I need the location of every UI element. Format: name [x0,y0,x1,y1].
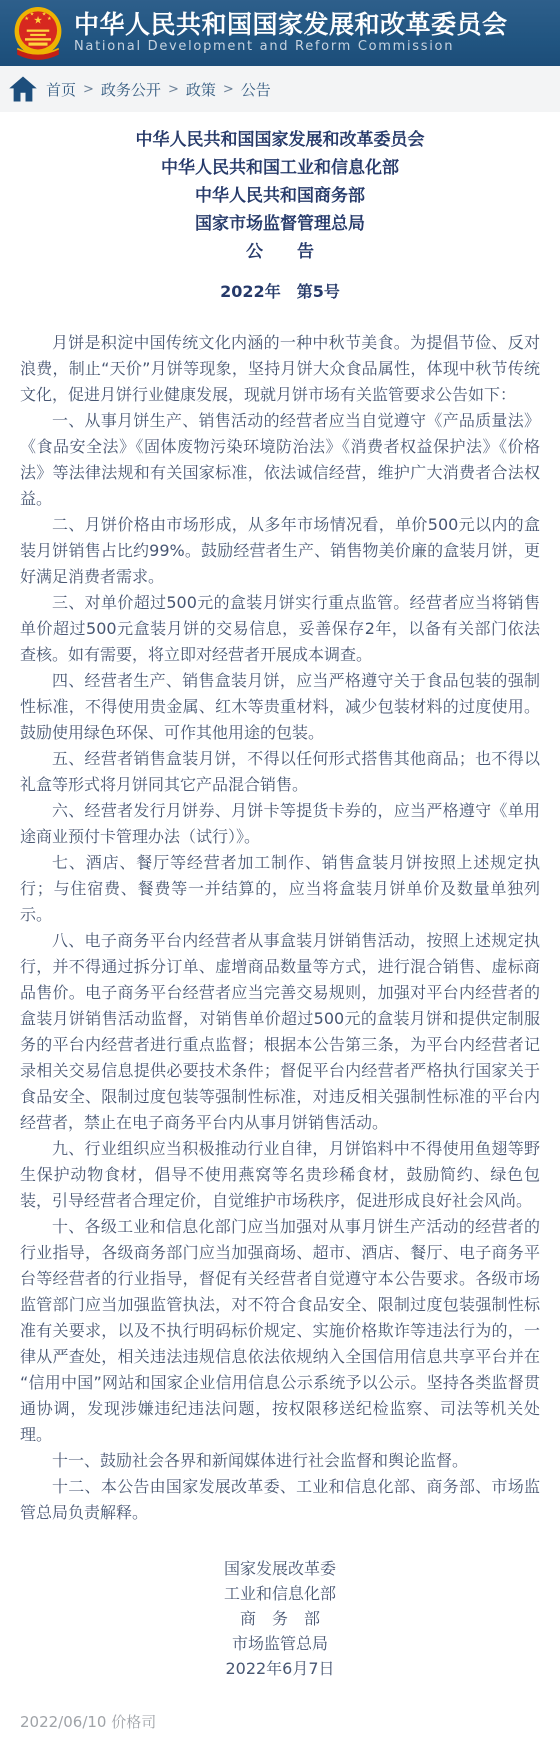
site-logo-link[interactable]: ★ ★ ★ ★ ★ 中华人民共和国国家发展和改革委员会 National Dev… [12,5,508,61]
paragraph-item-9: 九、行业组织应当积极推动行业自律，月饼馅料中不得使用鱼翅等野生保护动物食材，倡导… [20,1136,540,1214]
paragraph-item-6: 六、经营者发行月饼券、月饼卡等提货卡券的，应当严格遵守《单用途商业预付卡管理办法… [20,798,540,850]
paragraph-item-10: 十、各级工业和信息化部门应当加强对从事月饼生产活动的经营者的行业指导，各级商务部… [20,1214,540,1448]
announcement-title: 公 告 [20,238,540,266]
breadcrumb-item-gov-info[interactable]: 政务公开 [101,79,161,100]
issuing-agency-line: 中华人民共和国工业和信息化部 [20,154,540,182]
paragraph-item-2: 二、月饼价格由市场形成，从多年市场情况看，单价500元以内的盒装月饼销售占比约9… [20,512,540,590]
svg-text:★: ★ [30,12,35,18]
signature-agency: 工业和信息化部 [20,1581,540,1606]
svg-text:★: ★ [24,16,29,22]
issuing-agency-line: 中华人民共和国国家发展和改革委员会 [20,126,540,154]
paragraph-item-12: 十二、本公告由国家发展改革委、工业和信息化部、商务部、市场监管总局负责解释。 [20,1474,540,1526]
svg-text:★: ★ [42,12,47,18]
site-header: ★ ★ ★ ★ ★ 中华人民共和国国家发展和改革委员会 National Dev… [0,0,560,66]
signature-block: 国家发展改革委 工业和信息化部 商 务 部 市场监管总局 2022年6月7日 [20,1556,540,1681]
breadcrumb-item-home[interactable]: 首页 [46,79,76,100]
national-emblem-icon: ★ ★ ★ ★ ★ [12,5,64,61]
issue-number: 2022年 第5号 [20,280,540,304]
breadcrumb-item-policy[interactable]: 政策 [186,79,216,100]
publish-department: 价格司 [111,1713,156,1731]
breadcrumb-item-announcement[interactable]: 公告 [241,79,271,100]
publish-meta: 2022/06/10 价格司 [20,1711,540,1742]
paragraph-item-5: 五、经营者销售盒装月饼，不得以任何形式搭售其他商品；也不得以礼盒等形式将月饼同其… [20,746,540,798]
paragraph-item-8: 八、电子商务平台内经营者从事盒装月饼销售活动，按照上述规定执行，并不得通过拆分订… [20,928,540,1136]
signature-date: 2022年6月7日 [20,1656,540,1681]
signature-agency: 国家发展改革委 [20,1556,540,1581]
home-icon[interactable] [8,74,38,104]
breadcrumb-separator: > [223,82,234,97]
paragraph-item-11: 十一、鼓励社会各界和新闻媒体进行社会监督和舆论监督。 [20,1448,540,1474]
announcement-body: 月饼是积淀中国传统文化内涵的一种中秋节美食。为提倡节俭、反对浪费，制止“天价”月… [20,330,540,1526]
signature-agency: 商 务 部 [20,1606,540,1631]
paragraph-item-7: 七、酒店、餐厅等经营者加工制作、销售盒装月饼按照上述规定执行；与住宿费、餐费等一… [20,850,540,928]
publish-date: 2022/06/10 [20,1713,106,1731]
document-title-block: 中华人民共和国国家发展和改革委员会 中华人民共和国工业和信息化部 中华人民共和国… [20,126,540,304]
paragraph-item-4: 四、经营者生产、销售盒装月饼，应当严格遵守关于食品包装的强制性标准，不得使用贵金… [20,668,540,746]
breadcrumb-separator: > [83,82,94,97]
breadcrumb: 首页 > 政务公开 > 政策 > 公告 [0,66,560,112]
site-title-english: National Development and Reform Commissi… [74,39,508,55]
paragraph-item-3: 三、对单价超过500元的盒装月饼实行重点监管。经营者应当将销售单价超过500元盒… [20,590,540,668]
signature-agency: 市场监管总局 [20,1631,540,1656]
issuing-agency-line: 中华人民共和国商务部 [20,182,540,210]
page: ★ ★ ★ ★ ★ 中华人民共和国国家发展和改革委员会 National Dev… [0,0,560,1758]
paragraph-intro: 月饼是积淀中国传统文化内涵的一种中秋节美食。为提倡节俭、反对浪费，制止“天价”月… [20,330,540,408]
announcement-document: 中华人民共和国国家发展和改革委员会 中华人民共和国工业和信息化部 中华人民共和国… [0,112,560,1758]
site-title-chinese: 中华人民共和国国家发展和改革委员会 [74,11,508,39]
paragraph-item-1: 一、从事月饼生产、销售活动的经营者应当自觉遵守《产品质量法》《食品安全法》《固体… [20,408,540,512]
issuing-agency-line: 国家市场监督管理总局 [20,210,540,238]
svg-text:★: ★ [47,16,52,22]
breadcrumb-separator: > [168,82,179,97]
site-title-block: 中华人民共和国国家发展和改革委员会 National Development a… [74,11,508,55]
